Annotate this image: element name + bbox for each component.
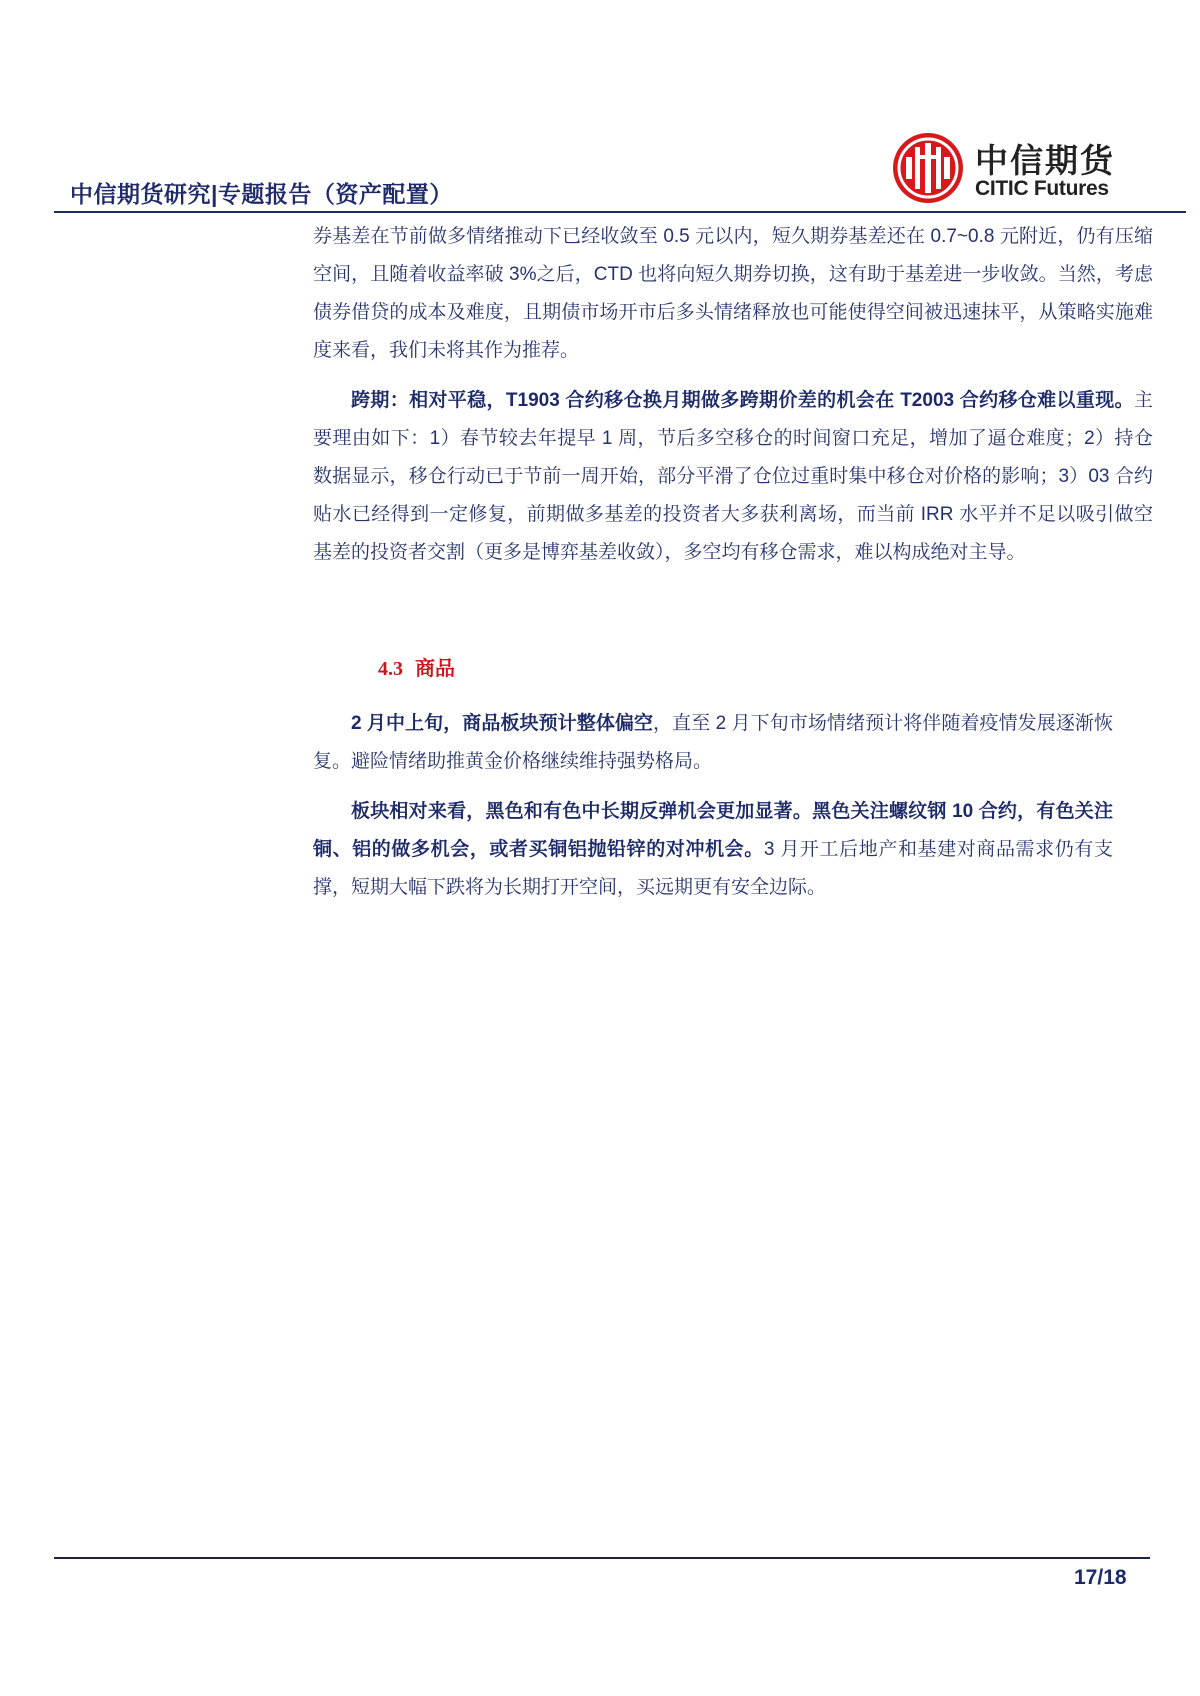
section-heading-commodities: 4.3商品 (378, 652, 455, 681)
paragraph-commodity-outlook: 2 月中上旬，商品板块预计整体偏空，直至 2 月下旬市场情绪预计将伴随着疫情发展… (313, 705, 1113, 781)
logo-english-name: CITIC Futures (975, 177, 1109, 201)
logo-chinese-name: 中信期货 (975, 135, 1115, 182)
citic-logo-icon (893, 133, 963, 203)
body-text-block-1: 券基差在节前做多情绪推动下已经收敛至 0.5 元以内，短久期券基差还在 0.7~… (313, 218, 1153, 572)
citic-futures-logo: 中信期货 CITIC Futures (893, 133, 1153, 205)
report-header-title: 中信期货研究|专题报告（资产配置） (70, 176, 453, 209)
paragraph-calendar-spread: 跨期：相对平稳，T1903 合约移仓换月期做多跨期价差的机会在 T2003 合约… (313, 382, 1153, 572)
paragraph-basis: 券基差在节前做多情绪推动下已经收敛至 0.5 元以内，短久期券基差还在 0.7~… (313, 218, 1153, 370)
section-number: 4.3 (378, 658, 403, 680)
footer-divider (54, 1557, 1150, 1559)
paragraph-calendar-spread-rest: 主要理由如下：1）春节较去年提早 1 周，节后多空移仓的时间窗口充足，增加了逼仓… (313, 390, 1153, 563)
header-divider (54, 211, 1186, 213)
paragraph-commodity-outlook-bold: 2 月中上旬，商品板块预计整体偏空 (351, 713, 653, 734)
body-text-block-2: 2 月中上旬，商品板块预计整体偏空，直至 2 月下旬市场情绪预计将伴随着疫情发展… (313, 705, 1113, 907)
page-number: 17/18 (1074, 1566, 1127, 1590)
paragraph-calendar-spread-bold: 跨期：相对平稳，T1903 合约移仓换月期做多跨期价差的机会在 T2003 合约… (351, 390, 1134, 411)
paragraph-sector-view: 板块相对来看，黑色和有色中长期反弹机会更加显著。黑色关注螺纹钢 10 合约，有色… (313, 793, 1113, 907)
section-title: 商品 (415, 658, 455, 680)
